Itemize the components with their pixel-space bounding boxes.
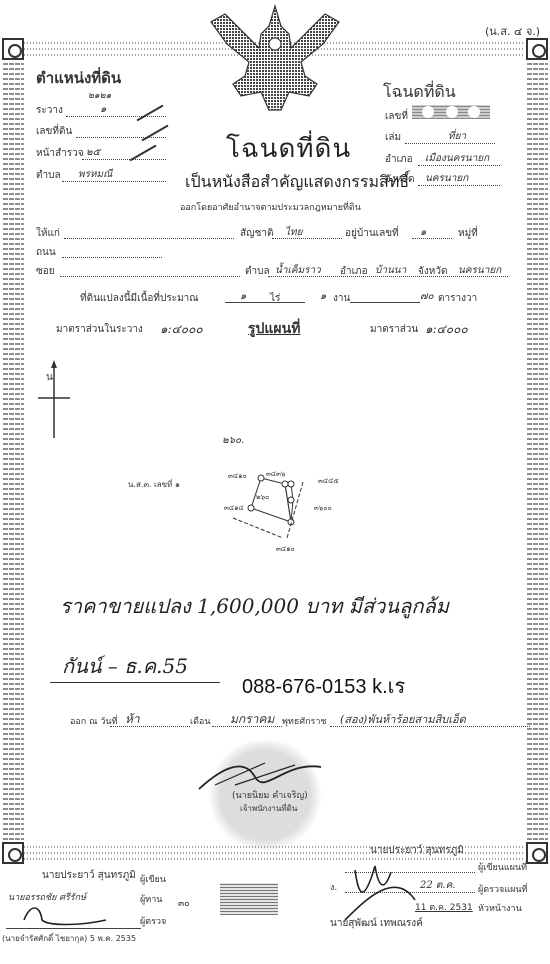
left-field-value-2: ๒๕ — [86, 145, 100, 160]
land-position-heading: ตำแหน่งที่ดิน — [36, 66, 121, 90]
right-field-value-1: ที่ยา — [448, 129, 466, 144]
land-position-sub: ๒๑๒๑ — [88, 88, 111, 102]
title-deed-heading-right: โฉนดที่ดิน — [383, 80, 456, 105]
area-ngan-label: งาน — [333, 291, 350, 306]
north-arrow-icon — [36, 360, 76, 440]
bottom-left-name-3: (นายจำรัสศักดิ์ ไชยากุล) 5 พ.ค. 2535 — [2, 932, 136, 945]
scale-right-label: มาตราส่วน — [370, 322, 418, 337]
right-field-label-1: เล่ม — [385, 130, 401, 145]
corner-ornament-br — [526, 842, 548, 864]
handwritten-price-note: ราคาขายแปลง 1,600,000 บาท มีส่วนลูกล้ม — [60, 590, 449, 622]
document-subtitle: เป็นหนังสือสำคัญแสดงกรรมสิทธิ์ — [185, 170, 409, 195]
left-field-label-0: ระวาง — [36, 103, 63, 118]
scale-left-label: มาตราส่วนในระวาง — [56, 322, 143, 337]
area-ngan-value: ๑ — [320, 289, 326, 304]
map-marker-4: ๓๖๐๐ — [314, 503, 332, 514]
right-field-value-3: นครนายก — [425, 171, 468, 186]
corner-ornament-bl — [2, 842, 24, 864]
area-rai-value: ๑ — [240, 289, 246, 304]
give-to-label: ให้แก่ — [36, 226, 60, 241]
map-marker-2: ๓๔๔๕ — [318, 476, 339, 487]
form-code: (น.ส. ๔ จ.) — [485, 22, 540, 40]
bottom-left-role-3: ผู้ตรวจ — [140, 914, 166, 928]
bottom-center-number: ๓๐ — [178, 896, 190, 910]
map-marker-1: ๓๔๓๖ — [266, 469, 285, 480]
map-label: รูปแผนที่ — [248, 318, 300, 340]
document-title: โฉนดที่ดิน — [226, 128, 351, 169]
north-label: น — [46, 370, 53, 385]
garuda-emblem — [205, 4, 345, 114]
area-wa-label: ตารางวา — [438, 291, 477, 306]
seal-signer-name: (นายนิยม คำเจริญ) — [232, 788, 308, 802]
bottom-left-role-2: ผู้ทาน — [140, 892, 162, 906]
map-marker-0: ๓๔๑๐ — [228, 471, 247, 482]
right-field-label-0: เลขที่ — [385, 109, 408, 124]
corner-ornament-tr — [526, 38, 548, 60]
bottom-center-stamp — [220, 883, 278, 915]
right-border-column — [526, 62, 548, 840]
map-parcel-inner: ๒๖๐ — [256, 492, 269, 503]
left-border-column — [2, 62, 24, 840]
left-field-value-0: ๑ — [100, 102, 106, 117]
scale-left-value: ๑:๔๐๐๐ — [160, 320, 203, 339]
area-rai-label: ไร่ — [270, 291, 280, 306]
moo-label: หมู่ที่ — [458, 226, 478, 241]
bottom-left-role-1: ผู้เขียน — [140, 872, 166, 886]
left-field-label-3: ตำบล — [36, 168, 61, 183]
phone-number-overlay: 088-676-0153 k.เร — [242, 670, 405, 702]
left-field-value-3: พรหมณี — [78, 167, 112, 182]
scale-right-value: ๑:๔๐๐๐ — [425, 320, 468, 339]
soi-label: ซอย — [36, 264, 55, 279]
area-label: ที่ดินแปลงนี้มีเนื้อที่ประมาณ — [80, 291, 199, 306]
seal-signer-title: เจ้าพนักงานที่ดิน — [240, 802, 297, 815]
bottom-right-name-3: นายสุพัฒน์ เทพณรงค์ — [330, 916, 423, 931]
area-wa-value: ๗๐ — [420, 289, 434, 304]
bottom-right-role-3: หัวหน้างาน — [478, 901, 522, 915]
bottom-left-name-1: นายประยาว์ สุนทรภูมิ — [42, 868, 136, 883]
map-parcel-number: ๒๖๐. — [222, 433, 244, 448]
tambon-label: ตำบล — [245, 264, 270, 279]
road-label: ถนน — [36, 245, 56, 260]
right-field-value-2: เมืองนครนายก — [425, 151, 489, 166]
nationality-label: สัญชาติ — [240, 226, 274, 241]
left-field-label-1: เลขที่ดิน — [36, 124, 72, 139]
issued-by-line: ออกโดยอาศัยอำนาจตามประมวลกฎหมายที่ดิน — [180, 200, 361, 214]
map-road-label: น.ส.๓. เลขที่ ๑ — [128, 478, 180, 491]
map-marker-3: ๓๔๑๔ — [224, 503, 244, 514]
bottom-right-name-1: นายประยาว์ สุนทรภูมิ — [370, 843, 464, 858]
bottom-right-date-3: 11 ต.ค. 2531 — [415, 900, 473, 914]
house-no-label: อยู่บ้านเลขที่ — [345, 226, 399, 241]
issue-year-label: พุทธศักราช — [282, 714, 327, 728]
bottom-left-signature — [20, 900, 110, 930]
map-marker-5: ๓๔๑๐ — [276, 544, 295, 555]
left-field-label-2: หน้าสำรวจ — [36, 146, 84, 161]
bottom-right-role-2: ผู้ตรวจแผนที่ — [478, 882, 527, 896]
corner-ornament-tl — [2, 38, 24, 60]
issue-month-label: เดือน — [190, 714, 210, 728]
handwritten-date-note: กันน์ – ธ.ค.55 — [62, 650, 188, 682]
deed-number-redacted — [412, 105, 490, 119]
bottom-right-role-1: ผู้เขียนแผนที่ — [478, 860, 527, 874]
right-field-label-2: อำเภอ — [385, 152, 413, 167]
